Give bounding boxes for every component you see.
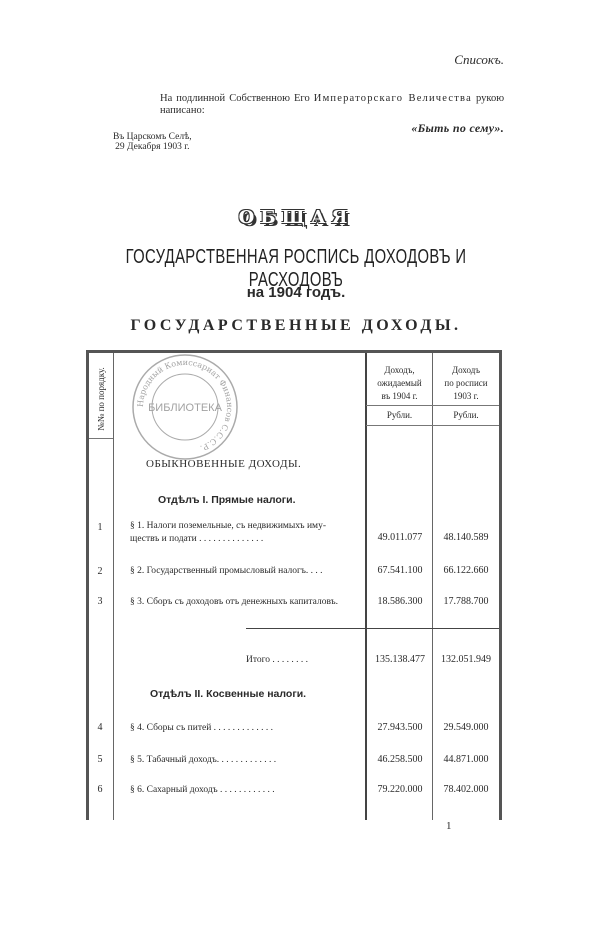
row-divider <box>366 425 499 426</box>
row-divider <box>366 405 499 406</box>
table-border-right <box>499 350 502 820</box>
title-year: на 1904 годъ. <box>0 284 592 301</box>
intro-text: На подлинной Собственною Его Императорск… <box>160 93 504 117</box>
library-stamp-icon: Народный Комиссариат Финансов С.С.С.Р. Б… <box>130 352 240 462</box>
col-header-budget: Доходъпо росписи1903 г. <box>433 364 499 403</box>
table-border-left <box>86 350 89 820</box>
page-number: 1 <box>446 820 452 832</box>
unit-expected: Рубли. <box>367 410 432 420</box>
column-divider <box>365 353 367 820</box>
column-divider <box>113 353 114 820</box>
total-rule <box>246 628 499 629</box>
place-date: Въ Царскомъ Селѣ, 29 Декабря 1903 г. <box>113 132 192 152</box>
revenue-table: №№ по порядку. Народный Комиссариат Фина… <box>86 350 502 820</box>
unit-budget: Рубли. <box>433 410 499 420</box>
intro-prefix: На подлинной Собственною Его <box>160 93 310 104</box>
list-label: Списокъ. <box>454 52 504 68</box>
intro-caps: Императорскаго Величества <box>314 93 472 104</box>
section-title: ГОСУДАРСТВЕННЫЕ ДОХОДЫ. <box>0 317 592 335</box>
category-heading: ОБЫКНОВЕННЫЕ ДОХОДЫ. <box>146 458 301 470</box>
svg-text:БИБЛИОТЕКА: БИБЛИОТЕКА <box>148 402 222 414</box>
column-divider <box>432 353 433 820</box>
department-1-heading: Отдѣлъ I. Прямые налоги. <box>158 494 296 506</box>
approval-text: «Быть по сему». <box>411 121 504 136</box>
date-line: 29 Декабря 1903 г. <box>113 142 192 152</box>
title-main: ОБЩАЯ <box>0 207 592 228</box>
num-column-header: №№ по порядку. <box>91 360 111 438</box>
row-divider <box>89 438 113 439</box>
place-line: Въ Царскомъ Селѣ, <box>113 132 192 142</box>
department-2-heading: Отдѣлъ II. Косвенные налоги. <box>150 688 306 700</box>
col-header-expected: Доходъ,ожидаемыйвъ 1904 г. <box>367 364 432 403</box>
